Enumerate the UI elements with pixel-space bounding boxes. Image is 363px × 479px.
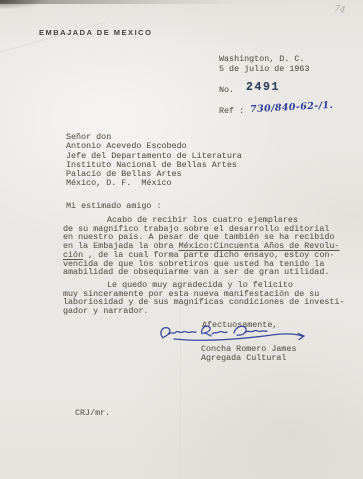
paper-crease-diagonal bbox=[0, 21, 106, 55]
salutation: Mi estimado amigo : bbox=[66, 201, 162, 211]
dateline-date: 5 de julio de 1963 bbox=[219, 65, 309, 75]
corner-shadow bbox=[0, 0, 46, 9]
number-stamp: 2491 bbox=[246, 81, 280, 94]
recipient-address-block: Señor don Antonio Acevedo Escobedo Jefe … bbox=[66, 133, 242, 189]
scanned-letter-page: 74 EMBAJADA DE MEXICO Washington, D. C. … bbox=[0, 0, 363, 479]
paper-crease-vertical bbox=[180, 288, 182, 479]
torn-top-edge bbox=[0, 0, 363, 4]
dateline: Washington, D. C. 5 de julio de 1963 bbox=[219, 55, 309, 74]
body-paragraph-2: Le quedo muy agradecida y lo felicito mu… bbox=[63, 281, 348, 316]
body-line: gador y narrador. bbox=[63, 307, 348, 316]
reference-handwritten-value: 730/840-62-/1. bbox=[250, 100, 334, 115]
number-label: No. bbox=[219, 85, 234, 95]
reference-label: Ref : bbox=[219, 106, 244, 116]
letterhead: EMBAJADA DE MEXICO bbox=[39, 28, 152, 37]
typist-initials: CRJ/mr. bbox=[75, 408, 110, 418]
body-paragraph-1: Acabo de recibir los cuatro ejemplares d… bbox=[63, 216, 348, 277]
signer-title: Agregada Cultural bbox=[201, 353, 286, 363]
pencil-corner-mark: 74 bbox=[333, 4, 346, 15]
recipient-line: México, D. F. México bbox=[66, 179, 242, 188]
body-line: amabilidad de obsequiarme van a ser de g… bbox=[63, 268, 348, 277]
